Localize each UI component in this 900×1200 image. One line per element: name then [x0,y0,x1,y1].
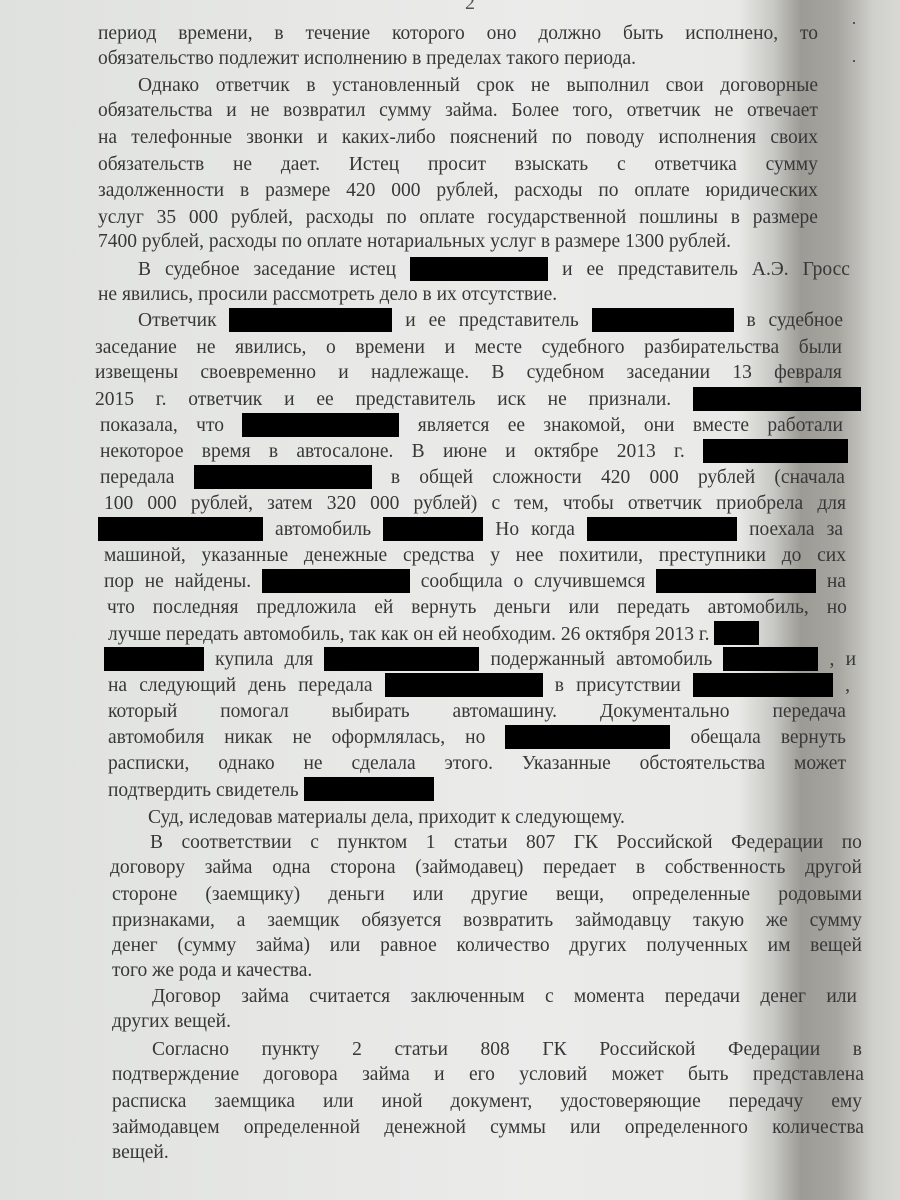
redaction-bar [383,517,483,541]
word: выполнил [567,73,650,99]
word: в [636,855,645,881]
word: и [405,308,415,334]
word: денег [112,933,158,959]
word: сумму [766,152,818,178]
word: ответчик [628,491,702,517]
redaction-bar [587,517,737,541]
redaction-bar [324,647,479,671]
word: Договор [152,984,221,1010]
word: не [304,751,323,777]
word: договора [264,1062,338,1088]
word: похитили, [559,543,643,569]
word: в [269,439,278,465]
word: соответствии [182,830,292,856]
word: заседание [254,257,336,283]
word: займа [362,1062,410,1088]
word: пункту [262,1037,320,1063]
word: статьи [394,1037,447,1063]
word: денежной [384,1115,466,1141]
word: Ответчик [138,308,217,334]
word: признали. [589,387,672,413]
word: размере [265,178,330,204]
word: автомобиль [616,647,712,673]
word: заседании [627,360,711,386]
word: денег [760,984,806,1010]
word: 100 [104,491,133,517]
word: оно [487,21,517,47]
text-line: подтвердить свидетель [108,777,434,804]
word: пунктом [337,830,407,856]
word: , [830,647,835,673]
word: 1 [426,830,436,856]
word: им [768,933,791,959]
text-line: передалавобщейсложности420000рублей(снач… [100,465,845,491]
text-line: нателефонныезвонкиикаких-либопоясненийпо… [98,125,818,151]
word: ответчик [627,98,701,124]
text-line: машиной,указанныеденежныесредстваунеепох… [104,543,846,569]
word: подержанный [490,647,605,673]
word: пошлины [639,205,718,231]
redaction-bar [229,308,392,332]
word: но [827,595,847,621]
word: о [326,335,336,361]
word: в [731,205,740,231]
word: сделала [351,751,415,777]
word: передать [617,595,690,621]
word: обещала [690,725,760,751]
word: подтверждение [112,1062,239,1088]
word: и [562,257,572,283]
text-line: задолженностивразмере420000рублей,расход… [98,178,818,204]
word: Но [495,517,519,543]
word: суммы [490,1115,546,1141]
text-run: обязательство подлежит исполнению в пред… [98,48,636,69]
text-line: займодавцемопределеннойденежнойсуммыилио… [112,1115,864,1141]
text-line: наследующийденьпередалавприсутствии, [108,673,850,699]
word: не [233,152,252,178]
word: передает [543,855,616,881]
word: октябре [534,439,599,465]
word: автосалоне. [296,439,393,465]
word: (сначала [774,465,844,491]
word: расписка [112,1089,186,1115]
word: день [248,673,286,699]
word: оформлялась, [332,725,445,751]
word: в [555,673,564,699]
word: поводу [586,125,644,151]
word: ее [429,308,446,334]
text-line: 100000рублей,затем320000рублей)стем,чтоб… [104,491,846,517]
word: в [391,465,400,491]
word: Согласно [152,1037,229,1063]
word: с [310,830,319,856]
word: 807 [526,830,555,856]
text-line: Договорзаймасчитаетсязаключеннымсмомента… [152,984,857,1010]
word: 420 [601,465,630,491]
text-line: Ответчикиеепредставительвсудебное [138,308,843,334]
text-line: чтопоследняяпредложилаейвернутьденьгиили… [107,595,847,621]
word: с [545,984,554,1010]
word: 420 [346,178,375,204]
word: судебное [165,257,240,283]
word: услуг [98,205,144,231]
word: 13 [732,360,752,386]
word: указанные [202,543,289,569]
word: по [598,178,618,204]
word: , [845,673,850,699]
word: судебное [769,308,844,334]
word: поехала [749,517,815,543]
word: сумму [379,98,431,124]
redaction-bar [410,257,548,281]
word: помогал [220,699,288,725]
text-line: ВсудебноезаседаниеистециеепредставительА… [138,257,850,283]
word: судебном [527,360,605,386]
word: условий [519,1062,587,1088]
word: по [386,205,406,231]
word: представитель [618,257,738,283]
word: дает. [281,152,320,178]
word: Документально [600,699,730,725]
word: затем [267,491,312,517]
redaction-bar [723,647,818,671]
word: знакомой, [543,413,625,439]
redaction-bar [242,413,399,437]
word: взыскать [515,152,588,178]
text-line: других вещей. [112,1009,231,1035]
word: 000 [189,205,218,231]
word: иной [382,1089,423,1115]
word: рублей [698,465,755,491]
word: случившемся [534,569,645,595]
text-line: обязательствнедает.Истецпроситвзыскатьсо… [98,152,818,178]
text-line: признаками,азаемщикобязуетсявозвратитьза… [112,908,862,934]
word: задолженности [98,178,224,204]
text-line: Суд, иследовав материалы дела, приходит … [148,805,625,831]
text-line: извещенысвоевременноинадлежаще.Всудебном… [95,360,842,386]
word: времени [355,335,424,361]
word: ответчик [216,73,290,99]
word: такую [693,908,744,934]
text-line: 7400 рублей, расходы по оплате нотариаль… [98,229,731,255]
word: у [490,543,500,569]
word: и [445,335,455,361]
text-line: купиладляподержанныйавтомобиль,и [104,647,856,673]
word: найдены. [175,569,252,595]
word: деньги [328,882,384,908]
text-run: других вещей. [112,1011,231,1032]
word: (сумму [177,933,236,959]
word: выбирать [332,699,410,725]
word: ей [374,595,393,621]
redaction-bar [693,387,861,411]
word: и [505,439,515,465]
word: пор [104,569,134,595]
word: документ, [451,1089,533,1115]
word: месте [475,335,522,361]
text-line: подтверждениедоговоразаймаиегоусловиймож… [112,1062,864,1088]
word: рублей, [191,491,253,517]
word: другие [472,882,528,908]
word: передала [298,673,372,699]
word: период [98,21,156,47]
word: времени, [178,21,252,47]
word: собственность [665,855,785,881]
word: однако [218,751,274,777]
word: сих [817,543,846,569]
word: которого [392,21,465,47]
word: определенного [625,1115,748,1141]
word: автомобиль [275,517,371,543]
word: показала, [100,413,178,439]
word: на [827,569,846,595]
word: расписки, [108,751,189,777]
word: рублей, [231,205,293,231]
word: 2015 [95,387,134,413]
word: Российской [599,1037,695,1063]
word: никак [224,725,272,751]
word: же [766,908,788,934]
word: не [145,569,164,595]
word: своевременно [200,360,316,386]
word: не [531,73,550,99]
word: 000 [147,491,176,517]
text-line: автомобильНокогдапоехалаза [98,517,843,543]
word: просит [428,152,486,178]
word: на [108,673,127,699]
word: займа [205,855,253,881]
word: передала [100,465,174,491]
text-run: вещей. [112,1142,169,1163]
word: автомашину. [453,699,557,725]
word: полученных [646,933,748,959]
word: и [846,647,856,673]
word: расходы [514,178,582,204]
text-run: того же рода и качества. [112,960,312,981]
text-run: 7400 рублей, расходы по оплате нотариаль… [98,231,731,252]
word: В [412,439,425,465]
word: Федерации [728,1037,820,1063]
word: признаками, [112,908,215,934]
word: 000 [649,465,678,491]
word: ответчик [188,387,262,413]
word: рублей, [436,178,498,204]
word: предложила [256,595,356,621]
word: 000 [391,178,420,204]
word: нее [516,543,544,569]
redaction-bar [104,647,204,671]
word: определенные [632,882,750,908]
word: займа) [256,933,310,959]
word: не [714,98,733,124]
text-line: расписказаемщикаилиинойдокумент,удостове… [112,1089,862,1115]
word: оплате [634,178,689,204]
word: или [570,1115,601,1141]
word: тем, [514,491,548,517]
word: 320 [327,491,356,517]
speck [853,60,855,62]
word: передачу [729,1089,804,1115]
word: государственной [487,205,626,231]
text-line: стороне(заемщику)деньгиилидругиевещи,опр… [112,882,862,908]
word: обязательства [98,98,213,124]
word: Указанные [522,751,611,777]
text-line: того же рода и качества. [112,958,312,984]
word: исполнено, [685,21,778,47]
redaction-bar [262,569,410,593]
word: автомобиль, [708,595,809,621]
word: течение [305,21,370,47]
word: расходы [306,205,374,231]
word: истец [349,257,396,283]
word: количество [456,933,549,959]
word: срок [477,73,515,99]
word: и [226,98,236,124]
word: этого. [444,751,493,777]
word: до [782,543,802,569]
word: возвратил [283,98,365,124]
word: сложности [492,465,581,491]
redaction-bar [194,465,372,489]
word: и [317,125,327,151]
word: иск [497,387,526,413]
word: родовыми [778,882,862,908]
word: ему [831,1089,862,1115]
word: займа. [445,98,498,124]
word: не [250,98,269,124]
text-line: порненайдены.сообщилаослучившемсяна [104,569,846,595]
text-line: лучше передать автомобиль, так как он ей… [108,621,759,648]
word: телефонные [131,125,232,151]
word: то [800,21,818,47]
word: Более [511,98,559,124]
word: заключенным [410,984,524,1010]
text-line: услуг35000рублей,расходыпооплатегосударс… [98,205,818,231]
word: договорные [720,73,818,99]
word: в [274,21,283,47]
text-line: обязательство подлежит исполнению в пред… [98,46,636,72]
word: денежные [304,543,387,569]
word: или [413,882,444,908]
word: они [644,413,675,439]
word: представитель [459,308,579,334]
word: 2013 [617,439,656,465]
word: исполнения [658,125,756,151]
word: одна [272,855,310,881]
text-line: расписки,однаконесделалаэтого.Указанныео… [108,751,846,777]
word: преступники [659,543,766,569]
word: статьи [454,830,507,856]
text-line: Согласнопункту2статьи808ГКРоссийскойФеде… [152,1037,862,1063]
text-run: не явились, просили рассмотреть дело в и… [98,284,557,305]
word: Российской [617,830,713,856]
word: явились, [235,335,306,361]
word: для [285,647,314,673]
text-line: Всоответствииспунктом1статьи807ГКРоссийс… [150,830,862,856]
word: сообщила [421,569,503,595]
text-line: не явились, просили рассмотреть дело в и… [98,282,557,308]
word: за [827,517,843,543]
word: 35 [157,205,177,231]
word: юридических [706,178,818,204]
word: или [323,1089,354,1115]
speck [853,22,855,24]
word: обязательств [98,152,204,178]
word: договору [110,855,185,881]
redaction-bar [714,621,759,645]
word: и [338,360,348,386]
word: момента [574,984,645,1010]
word: были [799,335,842,361]
word: должно [538,21,601,47]
word: время [202,439,251,465]
word: надлежаще. [371,360,469,386]
word: февраля [774,360,842,386]
word: что [196,413,224,439]
text-line: которыйпомогалвыбиратьавтомашину.Докумен… [108,699,846,725]
word: заемщик [267,908,339,934]
word: разбирательства [644,335,779,361]
text-line: автомобиляникакнеоформлялась,нообещалаве… [108,725,846,751]
word: других [569,933,626,959]
word: вернуть [781,725,846,751]
word: ГК [542,1037,566,1063]
word: общей [419,465,473,491]
document-page: 2 периодвремени,втечениекоторогоонодолжн… [0,0,900,1200]
word: не [196,335,215,361]
word: купила [215,647,273,673]
word: удостоверяющие [560,1089,701,1115]
word: деньги [494,595,550,621]
word: стороне [112,882,177,908]
word: в [853,1037,862,1063]
word: или [330,933,361,959]
text-line: договорузаймаоднасторона(займодавец)пере… [110,855,862,881]
word: передачи [665,984,740,1010]
word: г. [674,439,685,465]
word: вещей [810,933,862,959]
redaction-bar [703,439,848,463]
word: быть [623,21,663,47]
word: последняя [153,595,239,621]
word: обстоятельства [640,751,766,777]
word: в [306,73,315,99]
word: присутствии [576,673,681,699]
word: того, [573,98,613,124]
word: по [842,830,862,856]
word: 2 [352,1037,362,1063]
text-run: лучше передать автомобиль, так как он ей… [108,624,714,645]
word: передача [772,699,846,725]
word: и [434,1062,444,1088]
word: по [552,125,572,151]
word: В [491,360,504,386]
word: судебного [542,335,625,361]
word: на [98,125,117,151]
word: средства [403,543,475,569]
word: ГК [574,830,598,856]
word: не [292,725,311,751]
word: с [617,152,626,178]
text-run: подтвердить свидетель [108,780,304,801]
word: ответчика [654,152,736,178]
word: некоторое [100,439,183,465]
word: или [826,984,857,1010]
word: о [513,569,523,595]
word: его [469,1062,495,1088]
text-line: показала,чтоявляетсяеезнакомой,онивместе… [100,413,843,439]
word: может [794,751,846,777]
